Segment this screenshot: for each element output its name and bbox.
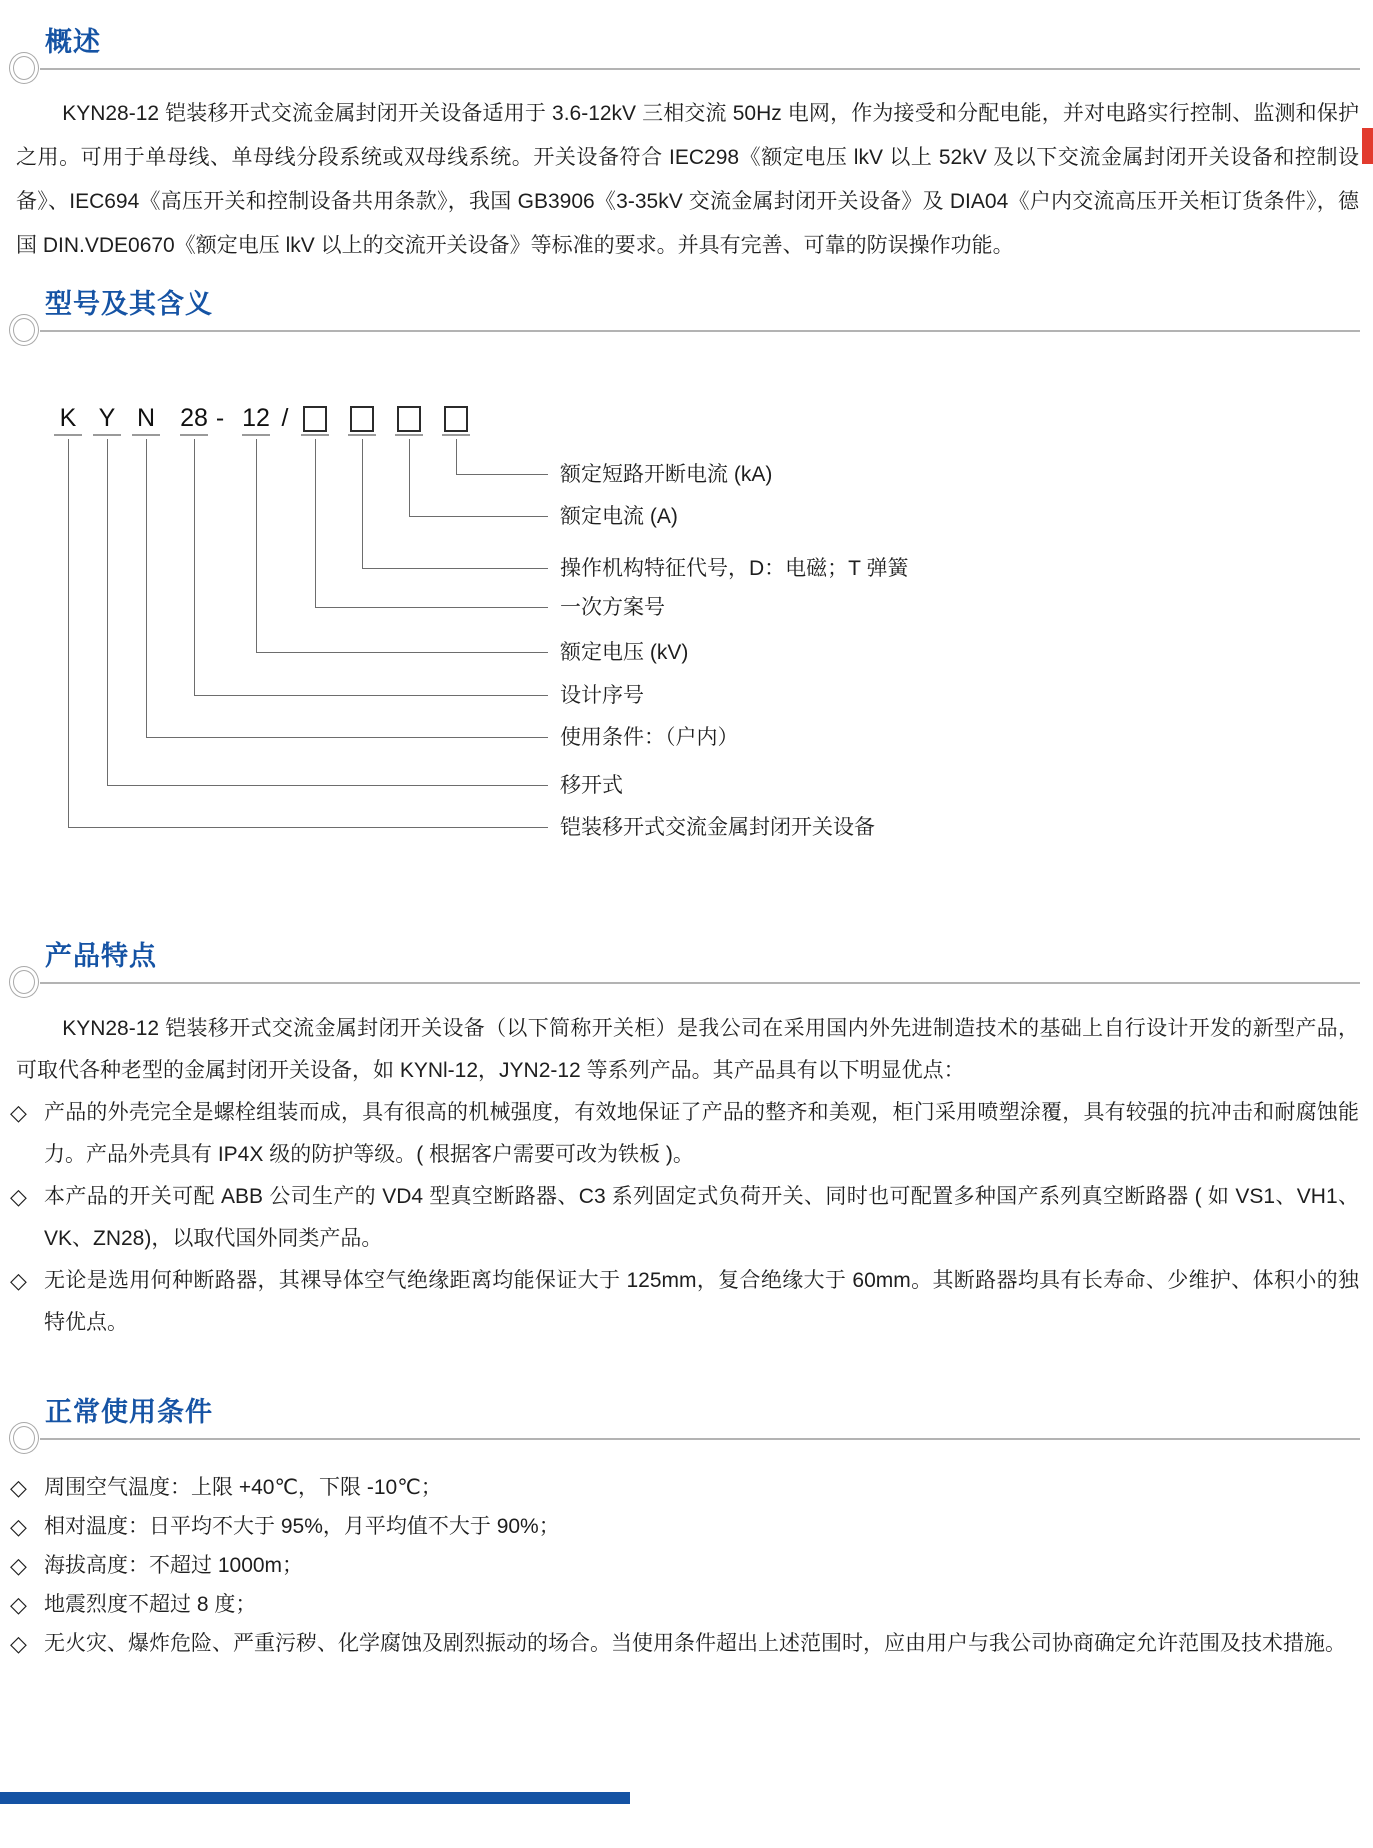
model-symbol: -	[216, 404, 224, 432]
features-bullets: ◇产品的外壳完全是螺栓组装而成，具有很高的机械强度，有效地保证了产品的整齐和美观…	[0, 1092, 1359, 1344]
page-edge-marker	[1362, 128, 1373, 164]
section-header: 正常使用条件	[0, 1396, 1360, 1440]
tick-mark	[132, 434, 160, 436]
divider-line	[40, 982, 1360, 984]
overview-paragraph: KYN28-12 铠装移开式交流金属封闭开关设备适用于 3.6-12kV 三相交…	[16, 92, 1359, 268]
section-divider	[40, 67, 1360, 70]
section-header: 概述	[0, 26, 1360, 70]
section-title-conditions: 正常使用条件	[45, 1396, 1360, 1428]
model-symbol: K	[60, 404, 77, 432]
model-label: 额定短路开断电流 (kA)	[560, 461, 772, 489]
model-label: 设计序号	[560, 682, 644, 710]
section-model: 型号及其含义 KYN28-12/额定短路开断电流 (kA)额定电流 (A)操作机…	[0, 288, 1373, 884]
bullet-text: 无论是选用何种断路器，其裸导体空气绝缘距离均能保证大于 125mm，复合绝缘大于…	[44, 1269, 1359, 1334]
tick-mark	[301, 434, 329, 436]
model-label: 移开式	[560, 772, 623, 800]
diamond-bullet-icon: ◇	[10, 1546, 27, 1585]
tick-mark	[242, 434, 270, 436]
model-symbol: 12	[242, 404, 270, 432]
model-symbol: 28	[180, 404, 208, 432]
model-label: 额定电压 (kV)	[560, 639, 688, 667]
bullet-item: ◇产品的外壳完全是螺栓组装而成，具有很高的机械强度，有效地保证了产品的整齐和美观…	[0, 1092, 1359, 1176]
circle-ornament-inner	[13, 970, 35, 994]
section-header: 产品特点	[0, 940, 1360, 984]
divider-line	[40, 330, 1360, 332]
model-label: 一次方案号	[560, 594, 665, 622]
conditions-bullets: ◇周围空气温度：上限 +40℃，下限 -10℃；◇相对温度：日平均不大于 95%…	[0, 1468, 1359, 1663]
circle-ornament-inner	[13, 1426, 35, 1450]
tick-mark	[348, 434, 376, 436]
section-conditions: 正常使用条件 ◇周围空气温度：上限 +40℃，下限 -10℃；◇相对温度：日平均…	[0, 1396, 1373, 1663]
model-label: 使用条件：（户内）	[560, 724, 739, 752]
section-divider	[40, 981, 1360, 984]
bullet-item: ◇无火灾、爆炸危险、严重污秽、化学腐蚀及剧烈振动的场合。当使用条件超出上述范围时…	[0, 1624, 1359, 1663]
bullet-item: ◇周围空气温度：上限 +40℃，下限 -10℃；	[0, 1468, 1359, 1507]
divider-line	[40, 1438, 1360, 1440]
bullet-text: 地震烈度不超过 8 度；	[44, 1593, 256, 1616]
model-symbol: Y	[99, 404, 116, 432]
model-label: 铠装移开式交流金属封闭开关设备	[560, 814, 875, 842]
bullet-item: ◇海拔高度：不超过 1000m；	[0, 1546, 1359, 1585]
bullet-item: ◇无论是选用何种断路器，其裸导体空气绝缘距离均能保证大于 125mm，复合绝缘大…	[0, 1260, 1359, 1344]
diamond-bullet-icon: ◇	[10, 1092, 27, 1134]
section-title-features: 产品特点	[45, 940, 1360, 972]
section-divider	[40, 329, 1360, 332]
model-placeholder-box	[350, 406, 374, 432]
diamond-bullet-icon: ◇	[10, 1468, 27, 1507]
bullet-text: 海拔高度：不超过 1000m；	[44, 1554, 303, 1577]
section-features: 产品特点 KYN28-12 铠装移开式交流金属封闭开关设备（以下简称开关柜）是我…	[0, 940, 1373, 1344]
tick-mark	[93, 434, 121, 436]
section-title-model: 型号及其含义	[45, 288, 1360, 320]
diamond-bullet-icon: ◇	[10, 1624, 27, 1663]
circle-ornament-icon	[9, 1422, 39, 1454]
bullet-text: 无火灾、爆炸危险、严重污秽、化学腐蚀及剧烈振动的场合。当使用条件超出上述范围时，…	[44, 1632, 1346, 1655]
model-placeholder-box	[397, 406, 421, 432]
document-page: 概述 KYN28-12 铠装移开式交流金属封闭开关设备适用于 3.6-12kV …	[0, 0, 1373, 1848]
model-label: 额定电流 (A)	[560, 503, 678, 531]
model-symbol: N	[137, 404, 155, 432]
diamond-bullet-icon: ◇	[10, 1260, 27, 1302]
circle-ornament-icon	[9, 314, 39, 346]
diamond-bullet-icon: ◇	[10, 1176, 27, 1218]
circle-ornament-inner	[13, 318, 35, 342]
bullet-text: 产品的外壳完全是螺栓组装而成，具有很高的机械强度，有效地保证了产品的整齐和美观，…	[44, 1101, 1359, 1166]
bullet-item: ◇本产品的开关可配 ABB 公司生产的 VD4 型真空断路器、C3 系列固定式负…	[0, 1176, 1359, 1260]
bullet-text: 本产品的开关可配 ABB 公司生产的 VD4 型真空断路器、C3 系列固定式负荷…	[44, 1185, 1359, 1250]
section-overview: 概述 KYN28-12 铠装移开式交流金属封闭开关设备适用于 3.6-12kV …	[0, 26, 1373, 268]
tick-mark	[442, 434, 470, 436]
bullet-text: 周围空气温度：上限 +40℃，下限 -10℃；	[44, 1476, 442, 1499]
circle-ornament-icon	[9, 52, 39, 84]
tick-mark	[395, 434, 423, 436]
section-title-overview: 概述	[45, 26, 1360, 58]
bullet-text: 相对温度：日平均不大于 95%，月平均值不大于 90%；	[44, 1515, 560, 1538]
section-divider	[40, 1437, 1360, 1440]
model-label: 操作机构特征代号，D：电磁；T 弹簧	[560, 555, 908, 583]
tick-mark	[54, 434, 82, 436]
tick-mark	[180, 434, 208, 436]
footer-accent-bar	[0, 1792, 630, 1804]
connector-line	[68, 439, 548, 828]
divider-line	[40, 68, 1360, 70]
diamond-bullet-icon: ◇	[10, 1507, 27, 1546]
model-placeholder-box	[303, 406, 327, 432]
bullet-item: ◇地震烈度不超过 8 度；	[0, 1585, 1359, 1624]
model-symbol: /	[282, 404, 289, 432]
section-header: 型号及其含义	[0, 288, 1360, 332]
model-placeholder-box	[444, 406, 468, 432]
circle-ornament-icon	[9, 966, 39, 998]
features-intro: KYN28-12 铠装移开式交流金属封闭开关设备（以下简称开关柜）是我公司在采用…	[16, 1008, 1359, 1092]
bullet-item: ◇相对温度：日平均不大于 95%，月平均值不大于 90%；	[0, 1507, 1359, 1546]
model-diagram: KYN28-12/额定短路开断电流 (kA)额定电流 (A)操作机构特征代号，D…	[0, 404, 1373, 884]
circle-ornament-inner	[13, 56, 35, 80]
diamond-bullet-icon: ◇	[10, 1585, 27, 1624]
